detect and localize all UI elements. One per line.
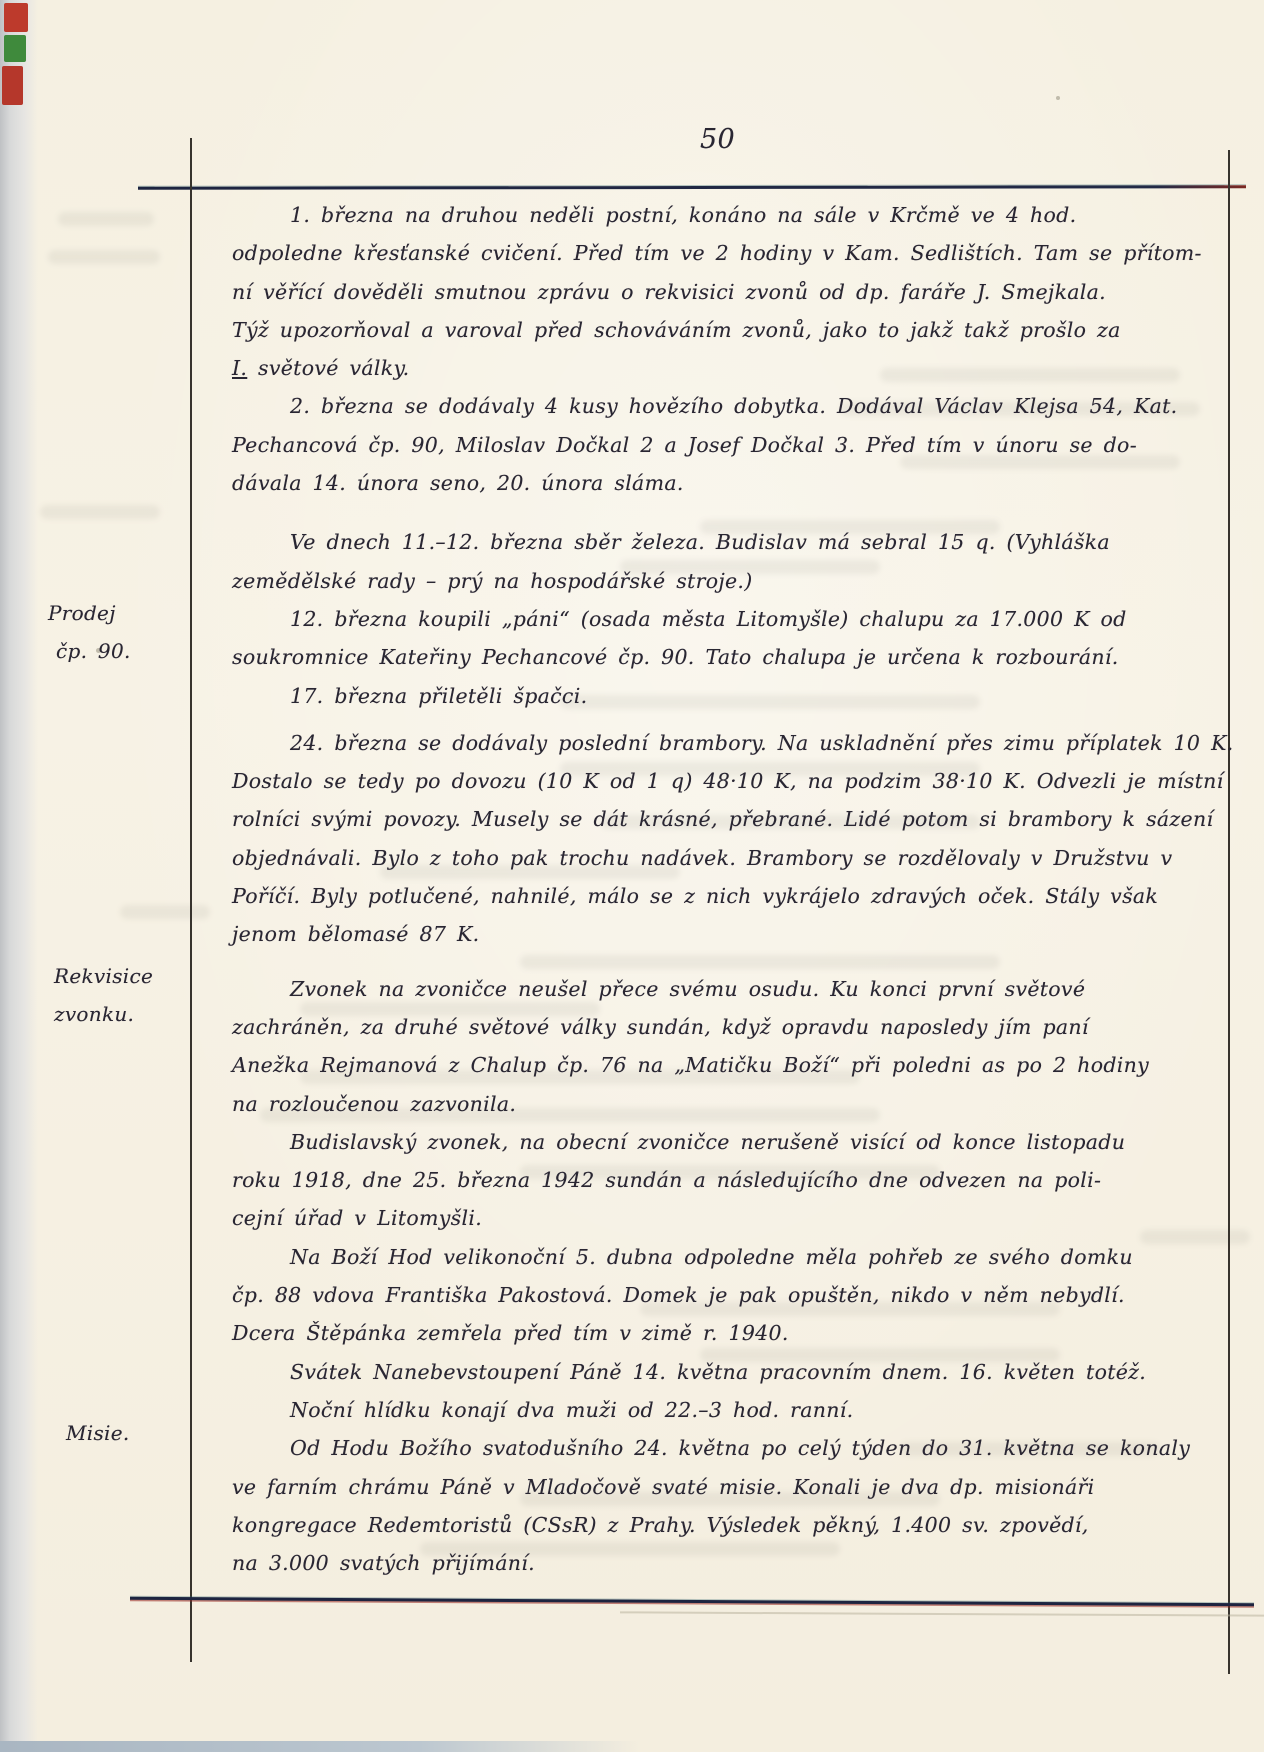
text-line: ve farním chrámu Páně v Mladočově svaté … (232, 1468, 1224, 1506)
footer-rule-echo (620, 1611, 1264, 1616)
text-line: Budislavský zvonek, na obecní zvoničce n… (232, 1123, 1224, 1161)
text-line: objednávali. Bylo z toho pak trochu nadá… (232, 839, 1224, 877)
text-line: 1. března na druhou neděli postní, konán… (232, 196, 1224, 234)
text-line: jenom bělomasé 87 K. (232, 915, 1224, 953)
footer-rule (130, 1597, 1254, 1606)
page-number: 50 (700, 124, 735, 155)
text-line: ní věřící dověděli smutnou zprávu o rekv… (232, 273, 1224, 311)
text-line: Noční hlídku konají dva muži od 22.–3 ho… (232, 1391, 1224, 1429)
margin-note-rekvisice: Rekvisice zvonku. (54, 957, 153, 1033)
scanner-color-mark-green (4, 35, 26, 62)
text-line: soukromnice Kateřiny Pechancové čp. 90. … (232, 638, 1224, 676)
text-line: zachráněn, za druhé světové války sundán… (232, 1008, 1224, 1046)
text-line: 24. března se dodávaly poslední brambory… (232, 724, 1224, 762)
bleed-through-line (40, 505, 160, 519)
text-line: 17. března přiletěli špačci. (232, 677, 1224, 715)
text-line: Od Hodu Božího svatodušního 24. května p… (232, 1429, 1224, 1467)
bleed-through-line (48, 250, 160, 264)
margin-note-prodej: Prodej čp. 90. (48, 594, 131, 670)
underlined-numeral: I. (232, 356, 247, 380)
text-line: na rozloučenou zazvonila. (232, 1085, 1224, 1123)
text-line: rolníci svými povozy. Musely se dát krás… (232, 800, 1224, 838)
margin-note-line: Rekvisice (54, 957, 153, 995)
left-margin-line (190, 138, 192, 1662)
text-line: roku 1918, dne 25. března 1942 sundán a … (232, 1161, 1224, 1199)
text-line: čp. 88 vdova Františka Pakostová. Domek … (232, 1276, 1224, 1314)
text-line: Poříčí. Byly potlučené, nahnilé, málo se… (232, 877, 1224, 915)
text-line: 2. března se dodávaly 4 kusy hovězího do… (232, 387, 1224, 425)
margin-note-line: zvonku. (54, 995, 153, 1033)
text-line: světové války. (247, 356, 409, 380)
bleed-through-line (58, 212, 154, 226)
text-line: odpoledne křesťanské cvičení. Před tím v… (232, 234, 1224, 272)
text-line: kongregace Redemtoristů (CSsR) z Prahy. … (232, 1506, 1224, 1544)
margin-note-line: Prodej (48, 594, 131, 632)
text-line: Dostalo se tedy po dovozu (10 K od 1 q) … (232, 762, 1224, 800)
text-line-underlined-start: I. světové války. (232, 349, 1224, 387)
scanner-color-mark-red-top (4, 3, 28, 32)
text-line: Na Boží Hod velikonoční 5. dubna odpoled… (232, 1238, 1224, 1276)
margin-note-line: čp. 90. (48, 632, 131, 670)
text-line: na 3.000 svatých přijímání. (232, 1544, 1224, 1582)
text-line: Pechancová čp. 90, Miloslav Dočkal 2 a J… (232, 426, 1224, 464)
text-line: Ve dnech 11.–12. března sběr železa. Bud… (232, 523, 1224, 561)
text-line: Anežka Rejmanová z Chalup čp. 76 na „Mat… (232, 1046, 1224, 1084)
bleed-through-line (120, 905, 210, 919)
text-line: zemědělské rady – prý na hospodářské str… (232, 562, 1224, 600)
right-margin-line (1228, 150, 1230, 1674)
text-line: cejní úřad v Litomyšli. (232, 1199, 1224, 1237)
header-rule (138, 185, 1246, 190)
text-line: Týž upozorňoval a varoval před schováván… (232, 311, 1224, 349)
scanner-edge-bottom (0, 1741, 640, 1752)
chronicle-text: 1. března na druhou neděli postní, konán… (232, 196, 1224, 1582)
text-line: dávala 14. února seno, 20. února sláma. (232, 464, 1224, 502)
paper-speck (1056, 96, 1060, 100)
margin-note-misie: Misie. (66, 1414, 130, 1452)
text-line: Zvonek na zvoničce neušel přece svému os… (232, 970, 1224, 1008)
text-line: 12. března koupili „páni“ (osada města L… (232, 600, 1224, 638)
scanner-color-mark-red-bottom (2, 66, 23, 105)
text-line: Svátek Nanebevstoupení Páně 14. května p… (232, 1353, 1224, 1391)
scanner-edge-left (0, 0, 38, 1752)
scanned-chronicle-page: { "page": { "number": "50" }, "margin_no… (0, 0, 1264, 1752)
text-line: Dcera Štěpánka zemřela před tím v zimě r… (232, 1314, 1224, 1352)
margin-note-line: Misie. (66, 1414, 130, 1452)
